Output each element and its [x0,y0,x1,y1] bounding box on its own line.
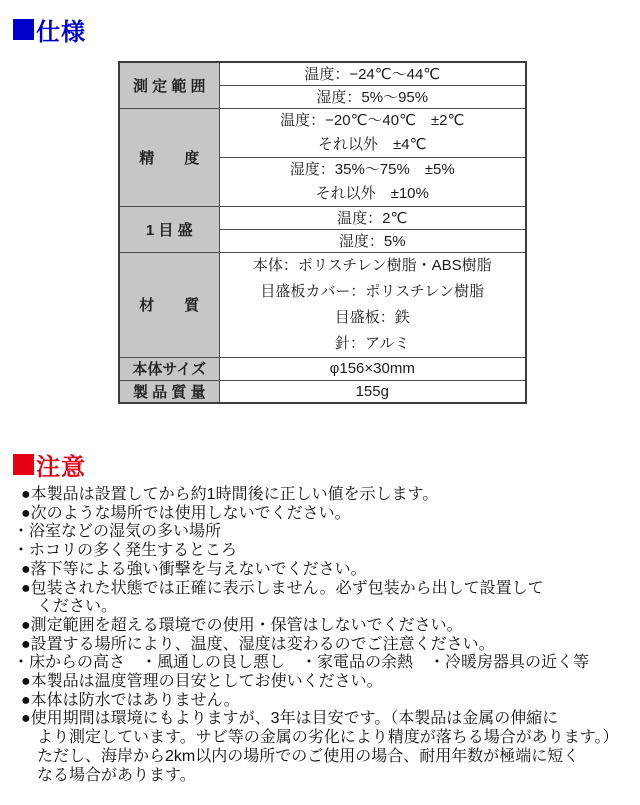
note-line: ください。 [13,598,633,617]
note-line: ●包装された状態では正確に表示しません。必ず包装から出して設置して [13,580,633,599]
note-line: ●設置する場所により、温度、湿度は変わるのでご注意ください。 [13,636,633,655]
material-label: 材 質 [119,252,219,357]
note-line: ただし、海岸から2km以内の場所でのご使用の場合、耐用年数が極端に短く [13,748,633,767]
spec-heading-label: 仕様 [36,12,86,47]
range-temp-value: 温度：−24℃～44℃ [219,62,526,85]
note-line: ●本製品は温度管理の目安としてお使いください。 [13,673,633,692]
accuracy-hum-line1: 湿度：35%～75% ±5% [224,158,522,182]
scale-label: 1 目 盛 [119,206,219,252]
range-label: 測 定 範 囲 [119,62,219,108]
scale-hum-value: 湿度：5% [219,229,526,252]
note-line: ●本製品は設置してから約1時間後に正しい値を示します。 [13,486,633,505]
blue-square-marker-icon [13,19,34,40]
range-hum-value: 湿度：5%～95% [219,85,526,108]
table-row-size: 本体サイズ φ156×30mm [119,357,526,380]
material-value: 本体：ポリスチレン樹脂・ABS樹脂 目盛板カバー：ポリスチレン樹脂 目盛板：鉄 … [219,252,526,357]
accuracy-hum-line2: それ以外 ±10% [224,182,522,206]
size-label: 本体サイズ [119,357,219,380]
spec-sheet-page: 仕様 測 定 範 囲 温度：−24℃～44℃ 湿度：5%～95% 精 度 温度：… [0,0,640,805]
accuracy-temp-line2: それ以外 ±4℃ [224,133,522,157]
note-line: ●落下等による強い衝撃を与えないでください。 [13,561,633,580]
note-line: より測定しています。サビ等の金属の劣化により精度が落ちる場合があります。） [13,729,633,748]
size-value: φ156×30mm [219,357,526,380]
caution-section-heading: 注意 [13,447,86,482]
material-line3: 目盛板：鉄 [224,305,522,331]
table-row-scale-temp: 1 目 盛 温度：2℃ [119,206,526,229]
table-row-material: 材 質 本体：ポリスチレン樹脂・ABS樹脂 目盛板カバー：ポリスチレン樹脂 目盛… [119,252,526,357]
table-row-weight: 製 品 質 量 155g [119,380,526,403]
caution-heading-label: 注意 [36,447,86,482]
note-line: ・浴室などの湿気の多い場所 [13,523,633,542]
accuracy-temp-value: 温度：−20℃～40℃ ±2℃ それ以外 ±4℃ [219,108,526,157]
note-line: なる場合があります。 [13,767,633,786]
material-line4: 針：アルミ [224,331,522,357]
red-square-marker-icon [13,454,34,475]
material-line2: 目盛板カバー：ポリスチレン樹脂 [224,279,522,305]
accuracy-label: 精 度 [119,108,219,206]
spec-section-heading: 仕様 [13,12,86,47]
caution-notes: ●本製品は設置してから約1時間後に正しい値を示します。 ●次のような場所では使用… [13,486,633,785]
scale-temp-value: 温度：2℃ [219,206,526,229]
material-line1: 本体：ポリスチレン樹脂・ABS樹脂 [224,253,522,279]
note-line: ●使用期間は環境にもよりますが、3年は目安です。（本製品は金属の伸縮に [13,710,633,729]
note-line: ●本体は防水ではありません。 [13,692,633,711]
note-line: ・ホコリの多く発生するところ [13,542,633,561]
accuracy-temp-line1: 温度：−20℃～40℃ ±2℃ [224,109,522,133]
spec-table: 測 定 範 囲 温度：−24℃～44℃ 湿度：5%～95% 精 度 温度：−20… [118,61,527,404]
note-line: ●測定範囲を超える環境での使用・保管はしないでください。 [13,617,633,636]
weight-value: 155g [219,380,526,403]
note-line: ●次のような場所では使用しないでください。 [13,505,633,524]
note-line: ・床からの高さ ・風通しの良し悪し ・家電品の余熱 ・冷暖房器具の近く等 [13,654,633,673]
table-row-range-temp: 測 定 範 囲 温度：−24℃～44℃ [119,62,526,85]
accuracy-hum-value: 湿度：35%～75% ±5% それ以外 ±10% [219,157,526,206]
weight-label: 製 品 質 量 [119,380,219,403]
table-row-accuracy-temp: 精 度 温度：−20℃～40℃ ±2℃ それ以外 ±4℃ [119,108,526,157]
